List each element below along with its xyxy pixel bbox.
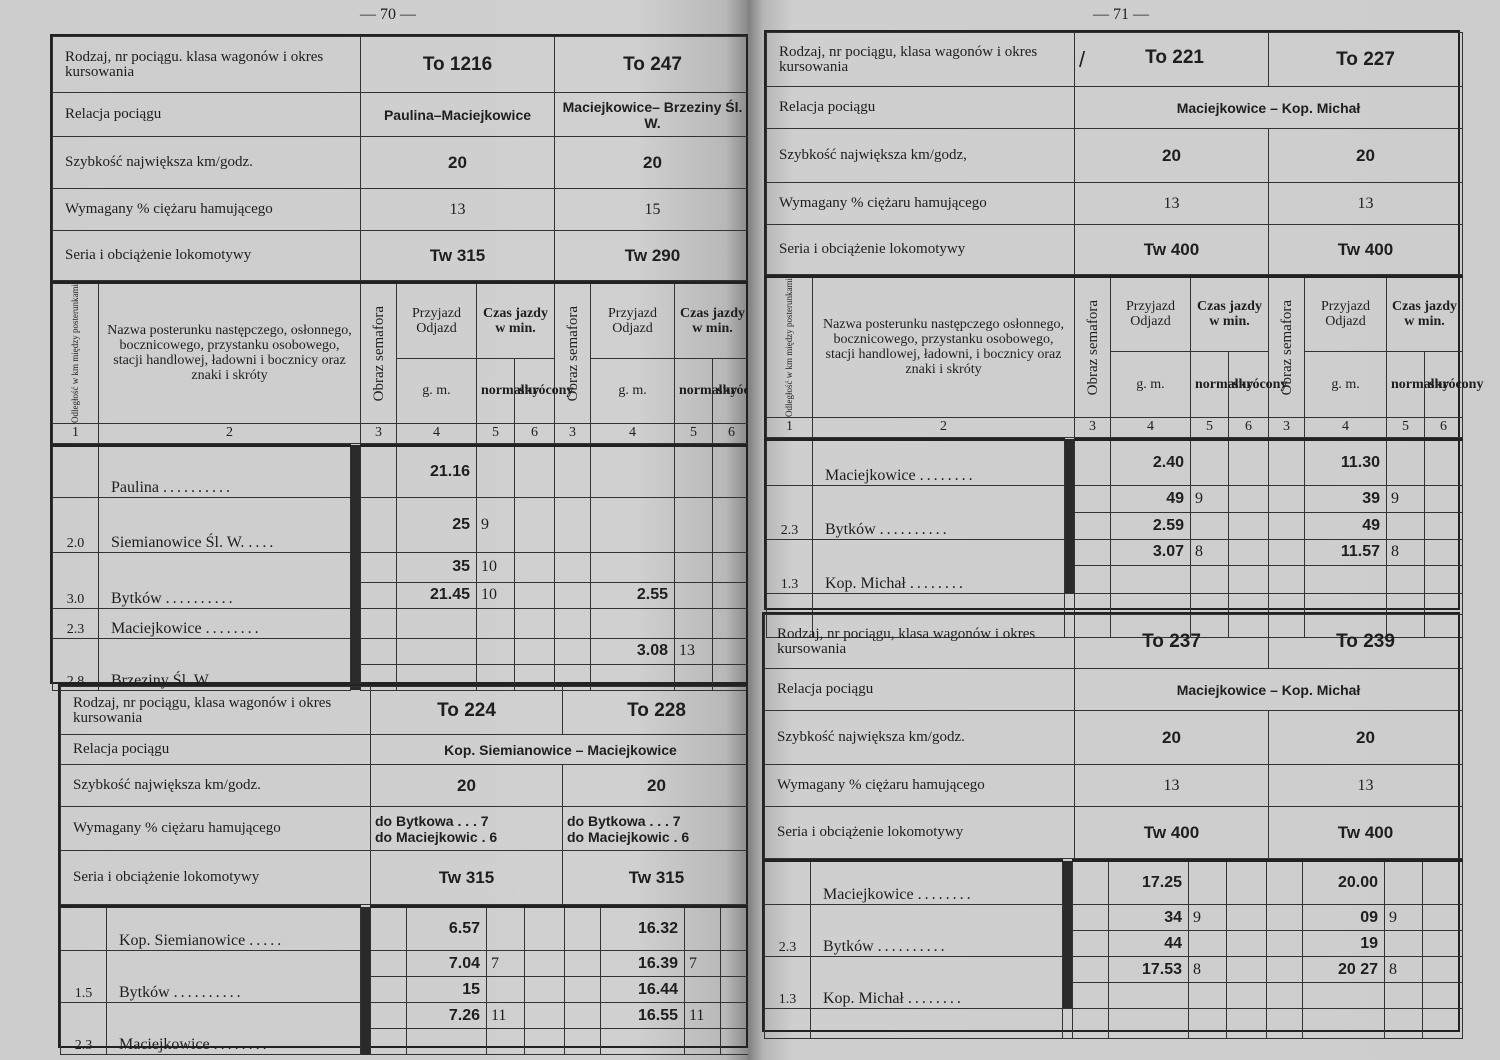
station-name: Bytków .......... [99,552,351,608]
station-row: 1.5 Bytków .......... 7.047 16.397 [61,951,751,977]
train-header-table: Rodzaj, nr pociągu. klasa wagonów i okre… [52,36,751,281]
label-relation: Relacja pociągu [767,87,1075,129]
col-runtime-header: Czas jazdy w min. [675,283,751,359]
train-number: To 227 [1269,33,1463,87]
col-runtime-header: Czas jazdy w min. [1387,277,1463,352]
col-arrdep-header: Przyjazd Odjazd [397,283,477,359]
train-loco: Tw 400 [1269,225,1463,275]
timetable-block-1216-247: Rodzaj, nr pociągu. klasa wagonów i okre… [50,34,748,684]
label-relation: Relacja pociągu [53,93,361,137]
station-name: Brzeziny Śl. W. ....... [99,638,351,690]
label-brake: Wymagany % ciężaru hamującego [767,183,1075,225]
page-number: — 71 — [1093,6,1149,24]
station-name: Bytków .......... [107,951,361,1003]
col-number: 5 [675,423,713,443]
station-name: Paulina .......... [99,445,351,497]
col-number: 4 [1305,417,1387,437]
col-number: 3 [1075,417,1111,437]
column-header-table: Odległość w km między posterunkami Nazwa… [766,275,1463,438]
label-loco: Seria i obciążenie lokomotywy [767,225,1075,275]
col-number: 6 [515,423,555,443]
timetable-block-221-227: Rodzaj, nr pociągu, klasa wagonów i okre… [764,30,1460,610]
train-loco: Tw 315 [361,231,555,281]
col-arrdep-header: Przyjazd Odjazd [1111,277,1191,352]
station-row: Paulina .......... 21.16 [53,445,751,497]
train-loco: Tw 400 [1075,225,1269,275]
station-name: Kop. Michał ........ [811,957,1063,1009]
col-normal-header: normalny [675,358,713,423]
col-number: 4 [591,423,675,443]
station-row: 2.8 Brzeziny Śl. W. ....... 3.0813 [53,638,751,664]
label-brake: Wymagany % ciężaru hamującego [765,765,1075,807]
col-number: 2 [99,423,361,443]
train-number: To 247 [555,37,751,93]
semaphore-bar [351,445,361,690]
train-brake: do Bytkowa . . . 7do Maciejkowic . 6 [563,807,751,851]
col-normal-header: normalny [1387,351,1425,417]
col-gm-header: g. m. [591,358,675,423]
station-table: Maciejkowice ........ 17.25 20.00 2.3 By… [764,859,1463,1039]
station-row: 2.3 Bytków .......... 499 399 [767,485,1463,512]
col-number: 4 [397,423,477,443]
station-row: 2.3 Maciejkowice ........ [53,608,751,638]
label-brake: Wymagany % ciężaru hamującego [61,807,371,851]
station-name: Kop. Siemianowice ..... [107,907,361,951]
train-loco: Tw 315 [563,851,751,905]
col-runtime-header: Czas jazdy w min. [1191,277,1269,352]
train-speed: 20 [1075,711,1269,765]
column-header-table: Odległość w km między posterunkami Nazwa… [52,281,751,444]
station-name: Bytków .......... [813,485,1065,539]
train-relation: Paulina–Maciejkowice [361,93,555,137]
station-name: Maciejkowice ........ [107,1003,361,1055]
station-table: Kop. Siemianowice ..... 6.57 16.32 1.5 B… [60,905,751,1055]
col-number: 1 [53,423,99,443]
train-speed: 20 [563,765,751,807]
col-runtime-header: Czas jazdy w min. [477,283,555,359]
label-train-type: Rodzaj, nr pociągu, klasa wagonów i okre… [767,33,1075,87]
col-number: 5 [1387,417,1425,437]
semaphore-bar [361,907,371,1055]
train-speed: 20 [1269,711,1463,765]
train-number: /To 221 [1075,33,1269,87]
train-brake: do Bytkowa . . . 7do Maciejkowic . 6 [371,807,563,851]
col-number: 5 [1191,417,1229,437]
train-header-table: Rodzaj, nr pociągu, klasa wagonów i okre… [764,614,1463,859]
col-semaphore-header: Obraz semafora [1075,277,1111,418]
label-speed: Szybkość największa km/godz, [767,129,1075,183]
col-short-header: skrócony [1425,351,1463,417]
train-loco: Tw 400 [1269,807,1463,859]
label-train-type: Rodzaj, nr pociągu, klasa wagonów i okre… [61,687,371,735]
station-row: Kop. Siemianowice ..... 6.57 16.32 [61,907,751,951]
page-number: — 70 — [360,6,416,24]
col-station-header: Nazwa posterunku następczego osłonnego, … [813,277,1075,418]
col-number: 6 [713,423,751,443]
pencil-mark: / [1079,47,1085,73]
train-speed: 20 [555,137,751,189]
label-speed: Szybkość największa km/godz. [61,765,371,807]
train-header-table: Rodzaj, nr pociągu, klasa wagonów i okre… [766,32,1463,275]
label-loco: Seria i obciążenie lokomotywy [765,807,1075,859]
train-number: To 237 [1075,615,1269,669]
train-brake: 13 [1269,183,1463,225]
label-loco: Seria i obciążenie lokomotywy [61,851,371,905]
station-name: Maciejkowice ........ [811,861,1063,905]
label-brake: Wymagany % ciężaru hamującego [53,189,361,231]
col-number: 3 [361,423,397,443]
col-number: 5 [477,423,515,443]
col-normal-header: normalny [477,358,515,423]
train-header-table: Rodzaj, nr pociągu, klasa wagonów i okre… [60,686,751,905]
station-row: 3.0 Bytków .......... 3510 [53,552,751,582]
col-distance-header: Odległość w km między posterunkami [53,283,99,424]
train-relation: Maciejkowice – Kop. Michał [1075,87,1463,129]
col-semaphore-header: Obraz semafora [361,283,397,424]
page-70: — 70 — Rodzaj, nr pociągu. klasa wagonów… [0,0,748,1060]
col-arrdep-header: Przyjazd Odjazd [1305,277,1387,352]
train-number: To 228 [563,687,751,735]
station-row: 2.3 Bytków .......... 349 099 [765,905,1463,931]
timetable-block-237-239: Rodzaj, nr pociągu, klasa wagonów i okre… [762,612,1460,1032]
col-number: 6 [1229,417,1269,437]
train-number: To 1216 [361,37,555,93]
station-row: 2.3 Maciejkowice ........ 7.2611 16.5511 [61,1003,751,1029]
station-row: 1.3 Kop. Michał ........ 17.538 20 278 [765,957,1463,983]
train-relation: Kop. Siemianowice – Maciejkowice [371,735,751,765]
semaphore-bar [1063,861,1073,1009]
train-brake: 13 [1269,765,1463,807]
col-number: 3 [1269,417,1305,437]
col-number: 1 [767,417,813,437]
train-brake: 13 [361,189,555,231]
col-semaphore-header: Obraz semafora [555,283,591,424]
col-semaphore-header: Obraz semafora [1269,277,1305,418]
col-short-header: skrócony [1229,351,1269,417]
page-71: — 71 — Rodzaj, nr pociągu, klasa wagonów… [748,0,1500,1060]
col-number: 4 [1111,417,1191,437]
col-normal-header: normalny [1191,351,1229,417]
col-short-header: skrócony [713,358,751,423]
col-short-header: skrócony [515,358,555,423]
train-number: To 239 [1269,615,1463,669]
station-name: Maciejkowice ........ [99,608,351,638]
train-number: To 224 [371,687,563,735]
label-relation: Relacja pociągu [765,669,1075,711]
semaphore-bar [1065,439,1075,593]
station-name: Kop. Michał ........ [813,539,1065,593]
col-number: 2 [813,417,1075,437]
train-speed: 20 [371,765,563,807]
train-speed: 20 [1075,129,1269,183]
train-loco: Tw 400 [1075,807,1269,859]
label-speed: Szybkość największa km/godz. [765,711,1075,765]
label-speed: Szybkość największa km/godz. [53,137,361,189]
label-train-type: Rodzaj, nr pociągu. klasa wagonów i okre… [53,37,361,93]
station-row: 2.0 Siemianowice Śl. W. .... 259 [53,497,751,552]
col-station-header: Nazwa posterunku następczego, osłonnego,… [99,283,361,424]
train-speed: 20 [1269,129,1463,183]
label-train-type: Rodzaj, nr pociągu, klasa wagonów i okre… [765,615,1075,669]
train-brake: 15 [555,189,751,231]
train-loco: Tw 290 [555,231,751,281]
station-name: Maciejkowice ........ [813,439,1065,485]
train-brake: 13 [1075,765,1269,807]
train-relation: Maciejkowice – Kop. Michał [1075,669,1463,711]
station-row: Maciejkowice ........ 17.25 20.00 [765,861,1463,905]
station-table: Paulina .......... 21.16 2.0 Siemianowic… [52,444,751,691]
train-relation: Maciejkowice– Brzeziny Śl. W. [555,93,751,137]
col-gm-header: g. m. [397,358,477,423]
col-number: 6 [1425,417,1463,437]
station-row: 1.3 Kop. Michał ........ 3.078 11.578 [767,539,1463,565]
col-gm-header: g. m. [1111,351,1191,417]
train-speed: 20 [361,137,555,189]
station-table: Maciejkowice ........ 2.40 11.30 2.3 Byt… [766,438,1463,638]
timetable-block-224-228: Rodzaj, nr pociągu, klasa wagonów i okre… [58,684,748,1048]
station-name: Bytków .......... [811,905,1063,957]
train-brake: 13 [1075,183,1269,225]
col-number: 3 [555,423,591,443]
col-gm-header: g. m. [1305,351,1387,417]
label-loco: Seria i obciążenie lokomotywy [53,231,361,281]
station-row: Maciejkowice ........ 2.40 11.30 [767,439,1463,485]
label-relation: Relacja pociągu [61,735,371,765]
station-name: Siemianowice Śl. W. .... [99,497,351,552]
col-distance-header: Odległość w km między posterunkami [767,277,813,418]
col-arrdep-header: Przyjazd Odjazd [591,283,675,359]
station-row [765,1009,1463,1039]
train-loco: Tw 315 [371,851,563,905]
